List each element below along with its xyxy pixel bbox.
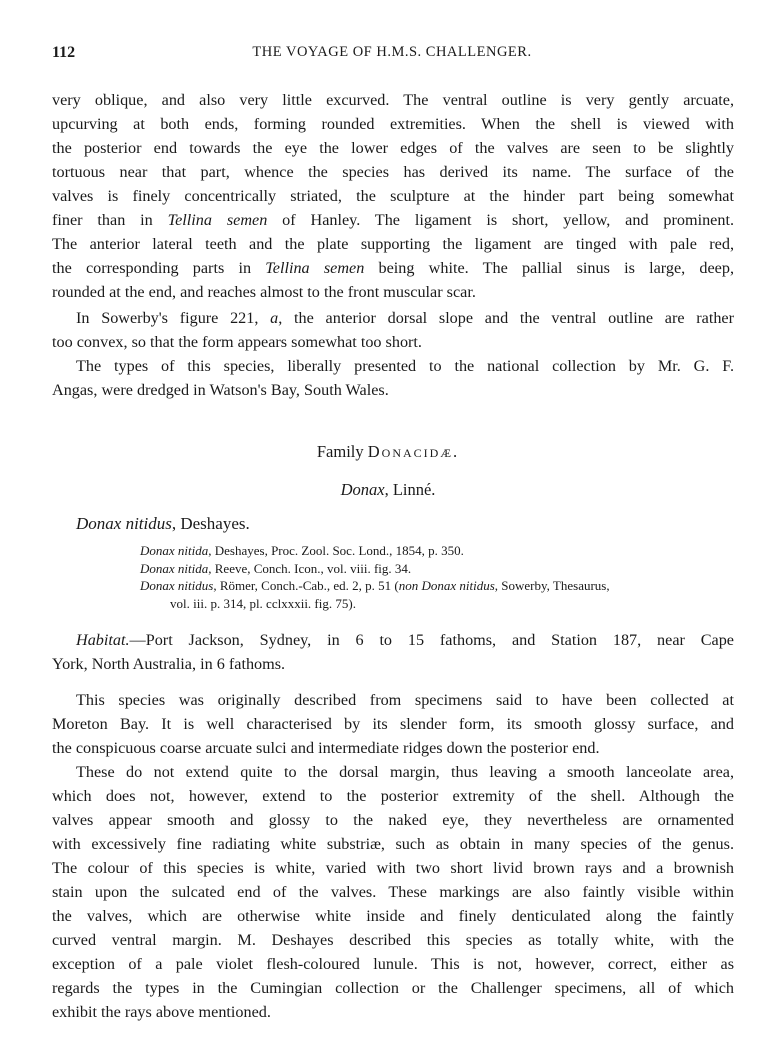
paragraph-sowerby-figure: In Sowerby's figure 221, a, the anterior…: [52, 306, 734, 354]
text-line: The anterior lateral teeth and the plate…: [52, 232, 734, 256]
paragraph-shell-description: very oblique, and also very little excur…: [52, 88, 734, 304]
text-line: curved ventral margin. M. Deshayes descr…: [52, 928, 734, 952]
text-line: Angas, were dredged in Watson's Bay, Sou…: [52, 378, 734, 402]
text-line: Habitat.—Port Jackson, Sydney, in 6 to 1…: [52, 628, 734, 652]
text-line: These do not extend quite to the dorsal …: [52, 760, 734, 784]
text-line: rounded at the end, and reaches almost t…: [52, 280, 734, 304]
family-prefix: Family: [317, 442, 368, 461]
habitat-label: Habitat.: [76, 631, 130, 649]
synonymy-entry: Donax nitidus, Römer, Conch.-Cab., ed. 2…: [140, 577, 736, 595]
citation: , Reeve, Conch. Icon., vol. viii. fig. 3…: [208, 561, 411, 576]
text-line: finer than in Tellina semen of Hanley. T…: [52, 208, 734, 232]
family-heading: Family Donacidæ.: [0, 442, 776, 462]
species-name: Donax nitidus: [76, 514, 172, 533]
species-name: Tellina semen: [168, 211, 268, 229]
text-line: valves is finely concentrically striated…: [52, 184, 734, 208]
paragraph-sculpture-colour: These do not extend quite to the dorsal …: [52, 760, 734, 1024]
text-line: the corresponding parts in Tellina semen…: [52, 256, 734, 280]
text-line: the valves, which are otherwise white in…: [52, 904, 734, 928]
text: of Hanley. The ligament is short, yellow…: [267, 211, 734, 229]
habitat-paragraph: Habitat.—Port Jackson, Sydney, in 6 to 1…: [52, 628, 734, 676]
synonym-name: Donax nitidus: [140, 578, 213, 593]
text-line: with excessively fine radiating white su…: [52, 832, 734, 856]
text: the corresponding parts in: [52, 259, 265, 277]
text-line: Moreton Bay. It is well characterised by…: [52, 712, 734, 736]
synonymy-entry: Donax nitida, Deshayes, Proc. Zool. Soc.…: [140, 542, 736, 560]
running-title: THE VOYAGE OF H.M.S. CHALLENGER.: [52, 44, 732, 61]
text-line: the conspicuous coarse arcuate sulci and…: [52, 736, 734, 760]
text-line: upcurving at both ends, forming rounded …: [52, 112, 734, 136]
text-line: exhibit the rays above mentioned.: [52, 1000, 734, 1024]
text-line: the posterior end towards the eye the lo…: [52, 136, 734, 160]
synonym-name: non Donax nitidus: [399, 578, 495, 593]
synonym-name: Donax nitida: [140, 561, 208, 576]
text-line: In Sowerby's figure 221, a, the anterior…: [52, 306, 734, 330]
text-line: The colour of this species is white, var…: [52, 856, 734, 880]
species-author: , Deshayes.: [172, 514, 250, 533]
text-line: exception of a pale violet flesh-coloure…: [52, 952, 734, 976]
text-line: too convex, so that the form appears som…: [52, 330, 734, 354]
synonymy-continuation: vol. iii. p. 314, pl. cclxxxii. fig. 75)…: [140, 595, 736, 613]
genus-author: , Linné.: [385, 480, 436, 499]
text: being white. The pallial sinus is large,…: [364, 259, 734, 277]
text: , the anterior dorsal slope and the vent…: [278, 309, 734, 327]
species-name: Tellina semen: [265, 259, 364, 277]
text-line: regards the types in the Cumingian colle…: [52, 976, 734, 1000]
text-line: valves appear smooth and glossy to the n…: [52, 808, 734, 832]
text-line: This species was originally described fr…: [52, 688, 734, 712]
species-heading: Donax nitidus, Deshayes.: [76, 512, 758, 536]
synonym-name: Donax nitida: [140, 543, 208, 558]
text: In Sowerby's figure 221,: [76, 309, 270, 327]
synonymy-list: Donax nitida, Deshayes, Proc. Zool. Soc.…: [140, 542, 736, 612]
genus-heading: Donax, Linné.: [0, 480, 776, 500]
citation: , Römer, Conch.-Cab., ed. 2, p. 51 (: [213, 578, 398, 593]
text-line: York, North Australia, in 6 fathoms.: [52, 652, 734, 676]
citation: , Deshayes, Proc. Zool. Soc. Lond., 1854…: [208, 543, 464, 558]
synonymy-entry: Donax nitida, Reeve, Conch. Icon., vol. …: [140, 560, 736, 578]
genus-name: Donax: [341, 480, 385, 499]
document-page: 112 THE VOYAGE OF H.M.S. CHALLENGER. ver…: [0, 0, 776, 1050]
text-line: tortuous near that part, whence the spec…: [52, 160, 734, 184]
text-line: very oblique, and also very little excur…: [52, 88, 734, 112]
text-line: stain upon the sulcated end of the valve…: [52, 880, 734, 904]
text-line: The types of this species, liberally pre…: [52, 354, 734, 378]
running-header: 112 THE VOYAGE OF H.M.S. CHALLENGER.: [52, 44, 732, 68]
paragraph-original-description: This species was originally described fr…: [52, 688, 734, 760]
citation: , Sowerby, Thesaurus,: [495, 578, 610, 593]
text: —Port Jackson, Sydney, in 6 to 15 fathom…: [130, 631, 734, 649]
paragraph-types: The types of this species, liberally pre…: [52, 354, 734, 402]
text: finer than in: [52, 211, 168, 229]
family-name: Donacidæ.: [368, 442, 459, 461]
text-line: which does not, however, extend to the p…: [52, 784, 734, 808]
